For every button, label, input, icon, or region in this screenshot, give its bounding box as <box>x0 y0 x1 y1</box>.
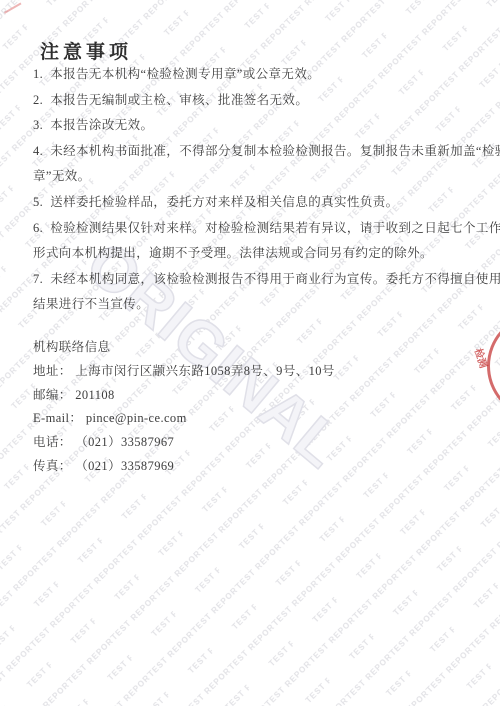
notice-line-5: 5. 送样委托检验样品，委托方对来样及相关信息的真实性负责。 <box>33 190 478 216</box>
contact-fax: 传真： （021）33587969 <box>33 455 453 479</box>
contact-info-section: 机构联络信息 地址： 上海市闵行区颛兴东路1058弄8号、9号、10号 邮编： … <box>33 336 453 479</box>
notice-line-7: 7. 未经本机构同意，该检验检测报告不得用于商业行为宣传。委托方不得擅自使用检测… <box>33 267 478 293</box>
contact-postcode: 邮编： 201108 <box>33 384 453 408</box>
notice-line-4-cont: 章”无效。 <box>33 164 478 190</box>
notice-line-3: 3. 本报告涂改无效。 <box>33 113 478 139</box>
notice-line-7-cont: 结果进行不当宣传。 <box>33 292 478 318</box>
notice-line-1: 1. 本报告无本机构“检验检测专用章”或公章无效。 <box>33 62 478 88</box>
contact-heading: 机构联络信息 <box>33 336 453 360</box>
report-notice-page: TEST REPORT TEST REPORT ORIGINAL 注意事项 1.… <box>0 0 500 706</box>
notice-line-6: 6. 检验检测结果仅针对来样。对检验检测结果若有异议，请于收到之日起七个工作日内… <box>33 216 478 242</box>
notice-line-2: 2. 本报告无编制或主检、审核、批准签名无效。 <box>33 88 478 114</box>
contact-phone: 电话： （021）33587967 <box>33 431 453 455</box>
contact-address: 地址： 上海市闵行区颛兴东路1058弄8号、9号、10号 <box>33 360 453 384</box>
notice-list: 1. 本报告无本机构“检验检测专用章”或公章无效。 2. 本报告无编制或主检、审… <box>33 62 478 318</box>
notice-line-4: 4. 未经本机构书面批准，不得部分复制本检验检测报告。复制报告未重新加盖“检验检… <box>33 139 478 165</box>
contact-email: E-mail： pince@pin-ce.com <box>33 407 453 431</box>
notice-line-6-cont: 形式向本机构提出，逾期不予受理。法律法规或合同另有约定的除外。 <box>33 241 478 267</box>
page-title: 注意事项 <box>40 37 132 64</box>
